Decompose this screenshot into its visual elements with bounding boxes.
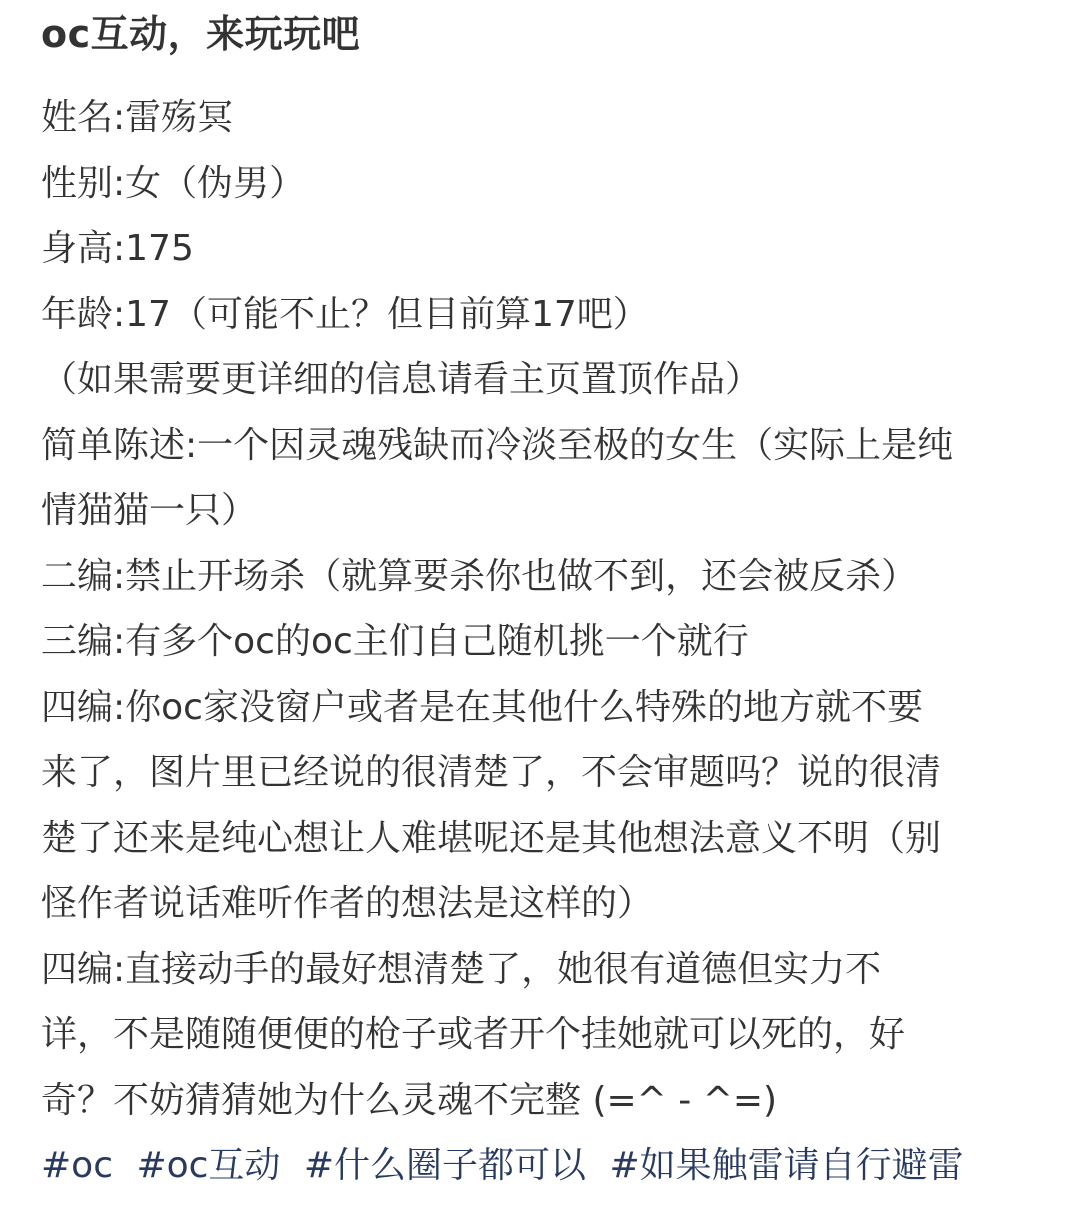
hashtag-list: #oc #oc互动 #什么圈子都可以 #如果触雷请自行避雷 <box>41 1133 1051 1199</box>
edit-4b-line-cont-2: 奇？不妨猜猜她为什么灵魂不完整 (=^ - ^=) <box>41 1068 1051 1134</box>
description-line: 简单陈述:一个因灵魂残缺而冷淡至极的女生（实际上是纯 <box>41 413 1051 479</box>
gender-line: 性别:女（伪男） <box>41 151 1051 217</box>
hashtag-oc-interaction[interactable]: #oc互动 <box>136 1145 280 1186</box>
edit-4-line-cont-3: 怪作者说话难听作者的想法是这样的） <box>41 871 1051 937</box>
hashtag-avoid-if-triggered[interactable]: #如果触雷请自行避雷 <box>610 1145 964 1186</box>
post-body: 姓名:雷殇冥 性别:女（伪男） 身高:175 年龄:17（可能不止？但目前算17… <box>41 85 1051 1133</box>
height-line: 身高:175 <box>41 216 1051 282</box>
more-info-line: （如果需要更详细的信息请看主页置顶作品） <box>41 347 1051 413</box>
edit-4-line-cont-2: 楚了还来是纯心想让人难堪呢还是其他想法意义不明（别 <box>41 806 1051 872</box>
age-line: 年龄:17（可能不止？但目前算17吧） <box>41 282 1051 348</box>
hashtag-any-fandom[interactable]: #什么圈子都可以 <box>304 1145 586 1186</box>
edit-4b-line-cont-1: 详，不是随随便便的枪子或者开个挂她就可以死的，好 <box>41 1002 1051 1068</box>
post-title: oc互动，来玩玩吧 <box>41 14 1051 54</box>
edit-4-line: 四编:你oc家没窗户或者是在其他什么特殊的地方就不要 <box>41 675 1051 741</box>
edit-4-line-cont-1: 来了，图片里已经说的很清楚了，不会审题吗？说的很清 <box>41 740 1051 806</box>
name-line: 姓名:雷殇冥 <box>41 85 1051 151</box>
hashtag-oc[interactable]: #oc <box>41 1145 113 1186</box>
post-content: oc互动，来玩玩吧 姓名:雷殇冥 性别:女（伪男） 身高:175 年龄:17（可… <box>41 0 1051 1199</box>
edit-4b-line: 四编:直接动手的最好想清楚了，她很有道德但实力不 <box>41 937 1051 1003</box>
edit-2-line: 二编:禁止开场杀（就算要杀你也做不到，还会被反杀） <box>41 544 1051 610</box>
edit-3-line: 三编:有多个oc的oc主们自己随机挑一个就行 <box>41 609 1051 675</box>
description-line-cont: 情猫猫一只） <box>41 478 1051 544</box>
